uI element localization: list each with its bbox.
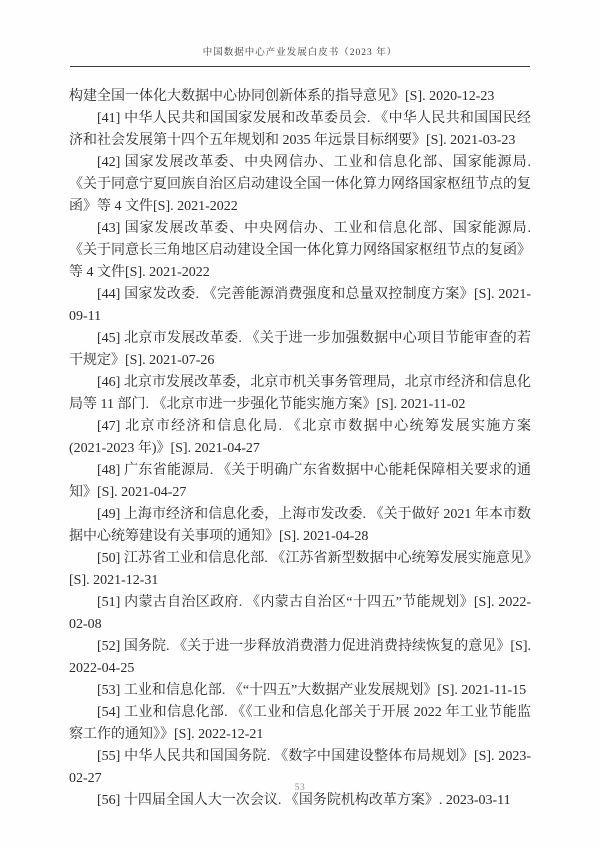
reference-entry-48: [48] 广东省能源局. 《关于明确广东省数据中心能耗保障相关要求的通知》[S]…	[69, 460, 531, 504]
reference-entry-42: [42] 国家发展改革委、中央网信办、工业和信息化部、国家能源局. 《关于同意宁…	[69, 152, 531, 218]
reference-entry-52: [52] 国务院. 《关于进一步释放消费潜力促进消费持续恢复的意见》[S]. 2…	[69, 636, 531, 680]
page-number: 53	[295, 783, 306, 793]
page-footer: 53	[0, 783, 600, 793]
running-head: 中国数据中心产业发展白皮书（2023 年）	[70, 0, 530, 67]
document-page: 中国数据中心产业发展白皮书（2023 年） 构建全国一体化大数据中心协同创新体系…	[0, 0, 600, 848]
reference-entry-43: [43] 国家发展改革委、中央网信办、工业和信息化部、国家能源局. 《关于同意长…	[69, 218, 531, 284]
reference-entry-54: [54] 工业和信息化部. 《《工业和信息化部关于开展 2022 年工业节能监察…	[69, 702, 531, 746]
reference-entry-56: [56] 十四届全国人大一次会议. 《国务院机构改革方案》. 2023-03-1…	[69, 790, 531, 812]
reference-entry-49: [49] 上海市经济和信息化委，上海市发改委. 《关于做好 2021 年本市数据…	[69, 504, 531, 548]
reference-entry-51: [51] 内蒙古自治区政府. 《内蒙古自治区“十四五”节能规划》[S]. 202…	[69, 592, 531, 636]
reference-entry-53: [53] 工业和信息化部. 《“十四五”大数据产业发展规划》[S]. 2021-…	[69, 680, 531, 702]
reference-entry-44: [44] 国家发改委. 《完善能源消费强度和总量双控制度方案》[S]. 2021…	[69, 284, 531, 328]
reference-entry-41: [41] 中华人民共和国国家发展和改革委员会. 《中华人民共和国国民经济和社会发…	[69, 108, 531, 152]
references-list: 构建全国一体化大数据中心协同创新体系的指导意见》[S]. 2020-12-23 …	[69, 86, 531, 812]
reference-entry-45: [45] 北京市发展改革委. 《关于进一步加强数据中心项目节能审查的若干规定》[…	[69, 328, 531, 372]
reference-entry-47: [47] 北京市经济和信息化局. 《北京市数据中心统筹发展实施方案(2021-2…	[69, 416, 531, 460]
reference-continuation: 构建全国一体化大数据中心协同创新体系的指导意见》[S]. 2020-12-23	[69, 86, 531, 108]
reference-entry-46: [46] 北京市发展改革委，北京市机关事务管理局，北京市经济和信息化局等 11 …	[69, 372, 531, 416]
reference-entry-50: [50] 江苏省工业和信息化部. 《江苏省新型数据中心统筹发展实施意见》[S].…	[69, 548, 531, 592]
